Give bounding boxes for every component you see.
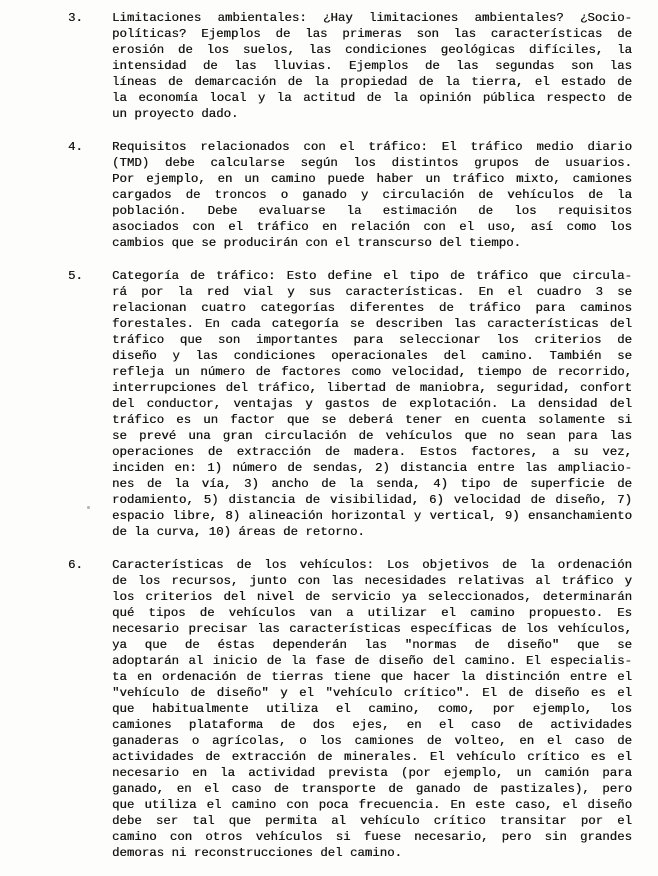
text-line: interrupciones del tráfico, libertad de …	[112, 380, 632, 396]
text-line: forestales. En cada categoría se describ…	[112, 316, 632, 332]
text-line: políticas? Ejemplos de las primeras son …	[112, 26, 632, 42]
text-line: que habitualmente utiliza el camino, com…	[112, 701, 632, 717]
text-line: ya que de éstas dependerán las "normas d…	[112, 637, 632, 653]
text-line: ganaderas o agrícolas, o los camiones de…	[112, 733, 632, 749]
text-line: nes de la vía, 3) ancho de la senda, 4) …	[112, 476, 632, 492]
text-line: refleja un número de factores como veloc…	[112, 364, 632, 380]
text-line: la economía local y la actitud de la opi…	[112, 90, 632, 106]
text-line: adoptarán al inicio de la fase de diseño…	[112, 653, 632, 669]
text-line: ganado, en el caso de transporte de gana…	[112, 781, 632, 797]
paragraph-list: 3.Limitaciones ambientales: ¿Hay limitac…	[68, 10, 632, 861]
text-line: camino con otros vehículos si fuese nece…	[112, 829, 632, 845]
paragraph-number: 6.	[68, 557, 112, 573]
text-line: actividades de extracción de minerales. …	[112, 749, 632, 765]
text-line: erosión de los suelos, las condiciones g…	[112, 42, 632, 58]
text-line: tráfico es un factor que se deberá tener…	[112, 412, 632, 428]
text-line: los criterios del nivel de servicio ya s…	[112, 589, 632, 605]
numbered-paragraph: 4.Requisitos relacionados con el tráfico…	[68, 139, 632, 251]
text-line: un proyecto dado.	[112, 106, 632, 122]
text-line: qué tipos de vehículos van a utilizar el…	[112, 605, 632, 621]
text-line: rodamiento, 5) distancia de visibilidad,…	[112, 492, 632, 508]
text-line: que utiliza el camino con poca frecuenci…	[112, 797, 632, 813]
text-line: cargados de troncos o ganado y circulaci…	[112, 187, 632, 203]
text-line: espacio libre, 8) alineación horizontal …	[112, 508, 632, 524]
text-line: diseño y las condiciones operacionales d…	[112, 348, 632, 364]
text-line: se prevé una gran circulación de vehícul…	[112, 428, 632, 444]
paragraph-body: Características de los vehículos: Los ob…	[112, 557, 632, 861]
numbered-paragraph: 3.Limitaciones ambientales: ¿Hay limitac…	[68, 10, 632, 122]
text-line: Por ejemplo, en un camino puede haber un…	[112, 171, 632, 187]
text-line: del conductor, ventajas y gastos de expl…	[112, 396, 632, 412]
text-line: rá por la red vial y sus características…	[112, 284, 632, 300]
text-line: necesario en la actividad prevista (por …	[112, 765, 632, 781]
scan-artifact-dot	[87, 506, 90, 509]
text-line: debe ser tal que permita al vehículo crí…	[112, 813, 632, 829]
text-line: Limitaciones ambientales: ¿Hay limitacio…	[112, 10, 632, 26]
text-line: camiones plataforma de dos ejes, en el c…	[112, 717, 632, 733]
text-line: inciden en: 1) número de sendas, 2) dist…	[112, 460, 632, 476]
text-line: necesario precisar las características e…	[112, 621, 632, 637]
text-line: relacionan cuatro categorías diferentes …	[112, 300, 632, 316]
text-line: ta en ordenación de tierras tiene que ha…	[112, 669, 632, 685]
text-line: operaciones de extracción de madera. Est…	[112, 444, 632, 460]
text-line: líneas de demarcación de la propiedad de…	[112, 74, 632, 90]
scanned-document-page: 3.Limitaciones ambientales: ¿Hay limitac…	[0, 0, 658, 876]
numbered-paragraph: 5.Categoría de tráfico: Esto define el t…	[68, 268, 632, 540]
text-line: de la curva, 10) áreas de retorno.	[112, 524, 632, 540]
paragraph-number: 5.	[68, 268, 112, 284]
paragraph-number: 4.	[68, 139, 112, 155]
text-line: Requisitos relacionados con el tráfico: …	[112, 139, 632, 155]
paragraph-body: Limitaciones ambientales: ¿Hay limitacio…	[112, 10, 632, 122]
text-line: tráfico que son importantes para selecci…	[112, 332, 632, 348]
numbered-paragraph: 6.Características de los vehículos: Los …	[68, 557, 632, 861]
text-line: asociados con el tráfico en relación con…	[112, 219, 632, 235]
text-line: población. Debe evaluarse la estimación …	[112, 203, 632, 219]
text-line: cambios que se producirán con el transcu…	[112, 235, 632, 251]
text-line: Características de los vehículos: Los ob…	[112, 557, 632, 573]
paragraph-body: Categoría de tráfico: Esto define el tip…	[112, 268, 632, 540]
text-line: intensidad de las lluvias. Ejemplos de l…	[112, 58, 632, 74]
text-line: "vehículo de diseño" y el "vehículo crít…	[112, 685, 632, 701]
paragraph-body: Requisitos relacionados con el tráfico: …	[112, 139, 632, 251]
text-line: (TMD) debe calcularse según los distinto…	[112, 155, 632, 171]
paragraph-number: 3.	[68, 10, 112, 26]
text-line: Categoría de tráfico: Esto define el tip…	[112, 268, 632, 284]
text-line: demoras ni reconstrucciones del camino.	[112, 845, 632, 861]
text-line: de los recursos, junto con las necesidad…	[112, 573, 632, 589]
